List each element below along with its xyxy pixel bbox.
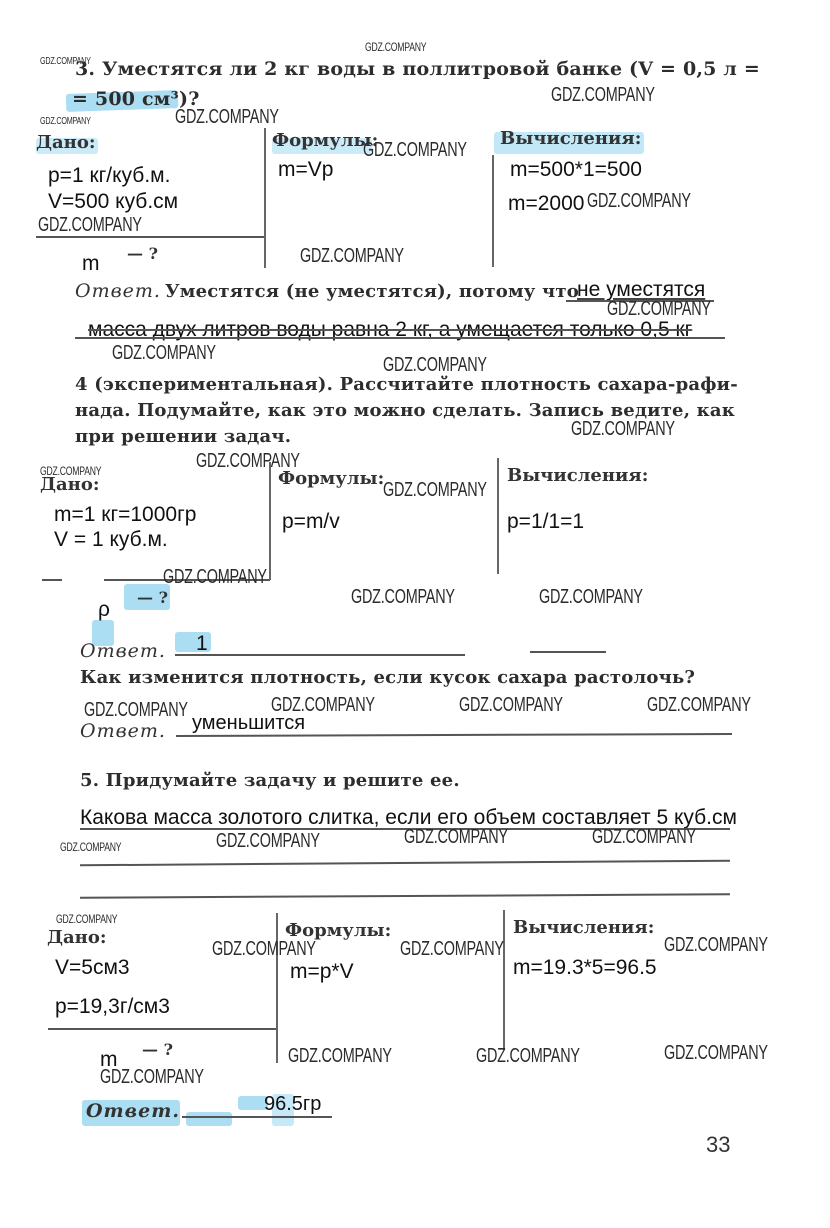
task4-unknown-suffix: — ? (137, 588, 168, 607)
task5-answer-value: 96.5гр (264, 1093, 321, 1116)
task3-answer-prompt: Уместятся (не уместятся), потому что (165, 281, 579, 302)
watermark: GDZ.COMPANY (476, 1045, 580, 1068)
divider (276, 913, 278, 1063)
watermark: GDZ.COMPANY (383, 354, 487, 377)
workbook-page: 3. Уместятся ли 2 кг воды в поллитровой … (0, 0, 830, 1228)
task3-formula-0: m=Vp (278, 158, 333, 182)
task4-question-line3: при решении задач. (75, 426, 291, 447)
watermark: GDZ.COMPANY (363, 139, 467, 162)
highlight-mark (186, 1112, 232, 1126)
divider (42, 579, 62, 581)
watermark: GDZ.COMPANY (196, 450, 300, 473)
watermark: GDZ.COMPANY (587, 190, 691, 213)
watermark: GDZ.COMPANY (551, 84, 655, 107)
watermark: GDZ.COMPANY (271, 694, 375, 717)
divider (269, 462, 271, 580)
page-number: 33 (706, 1132, 730, 1158)
task3-calc-label: Вычисления: (500, 128, 641, 149)
watermark: GDZ.COMPANY (351, 586, 455, 609)
answer-line (530, 651, 606, 653)
watermark: GDZ.COMPANY (404, 826, 508, 849)
watermark: GDZ.COMPANY (40, 56, 91, 67)
watermark: GDZ.COMPANY (365, 40, 426, 54)
watermark: GDZ.COMPANY (571, 418, 675, 441)
answer-line (80, 860, 730, 866)
answer-line (182, 1116, 332, 1118)
task4-followup-question: Как изменится плотность, если кусок саха… (80, 667, 695, 688)
task3-answer-label: Ответ. (75, 280, 161, 302)
task3-given-0: p=1 кг/куб.м. (48, 164, 170, 188)
task5-calc-label: Вычисления: (513, 917, 654, 938)
watermark: GDZ.COMPANY (216, 830, 320, 853)
task4-given-0: m=1 кг=1000гр (54, 503, 196, 527)
watermark: GDZ.COMPANY (56, 912, 117, 926)
watermark: GDZ.COMPANY (607, 298, 711, 321)
task3-answer-row: Ответ. Уместятся (не уместятся), потому … (75, 280, 579, 302)
task5-answer-label: Ответ. (86, 1100, 180, 1122)
task3-question-line1: 3. Уместятся ли 2 кг воды в поллитровой … (75, 58, 760, 80)
task3-calc-1: m=2000 (508, 192, 584, 216)
watermark: GDZ.COMPANY (288, 1045, 392, 1068)
task4-calc-label: Вычисления: (507, 465, 648, 486)
watermark: GDZ.COMPANY (60, 840, 121, 854)
task4-calc-0: p=1/1=1 (507, 510, 584, 534)
watermark: GDZ.COMPANY (112, 342, 216, 365)
task5-question: 5. Придумайте задачу и решите ее. (80, 770, 460, 791)
task4-followup-answer-label: Ответ. (80, 720, 166, 742)
task5-given-label: Дано: (47, 927, 107, 948)
watermark: GDZ.COMPANY (212, 938, 316, 961)
answer-line (75, 337, 725, 339)
watermark: GDZ.COMPANY (38, 214, 142, 237)
watermark: GDZ.COMPANY (84, 699, 188, 722)
watermark: GDZ.COMPANY (592, 826, 696, 849)
watermark: GDZ.COMPANY (383, 479, 487, 502)
task3-unknown-suffix: — ? (127, 244, 158, 263)
divider (48, 1028, 276, 1030)
task4-question-line1: 4 (экспериментальная). Рассчитайте плотн… (75, 374, 738, 395)
watermark: GDZ.COMPANY (40, 464, 101, 478)
divider (497, 458, 499, 574)
task4-formula-0: p=m/v (282, 510, 340, 534)
watermark: GDZ.COMPANY (664, 934, 768, 957)
watermark: GDZ.COMPANY (647, 694, 751, 717)
task5-given-0: V=5см3 (55, 956, 130, 980)
watermark: GDZ.COMPANY (175, 106, 279, 129)
task4-answer-value: 1 (196, 632, 208, 656)
task4-answer-label: Ответ. (80, 640, 166, 662)
task5-given-1: p=19,3г/см3 (55, 995, 170, 1019)
watermark: GDZ.COMPANY (40, 116, 91, 127)
task3-calc-0: m=500*1=500 (510, 158, 642, 182)
divider (492, 155, 494, 267)
task5-unknown-suffix: — ? (142, 1040, 173, 1059)
divider (264, 128, 266, 268)
answer-line (175, 654, 465, 656)
task5-calc-0: m=19.3*5=96.5 (513, 956, 657, 980)
task5-formula-0: m=p*V (290, 960, 354, 984)
watermark: GDZ.COMPANY (300, 245, 404, 268)
watermark: GDZ.COMPANY (539, 586, 643, 609)
watermark: GDZ.COMPANY (163, 566, 267, 589)
task4-unknown: ρ (98, 598, 110, 622)
answer-line (80, 893, 730, 898)
divider (503, 910, 505, 1050)
watermark: GDZ.COMPANY (100, 1066, 204, 1089)
task3-given-1: V=500 куб.см (48, 190, 178, 214)
watermark: GDZ.COMPANY (664, 1042, 768, 1065)
task3-unknown: m (82, 252, 100, 276)
watermark: GDZ.COMPANY (459, 694, 563, 717)
task3-given-label: Дано: (36, 132, 96, 153)
task4-given-1: V = 1 куб.м. (54, 528, 168, 552)
watermark: GDZ.COMPANY (400, 938, 504, 961)
